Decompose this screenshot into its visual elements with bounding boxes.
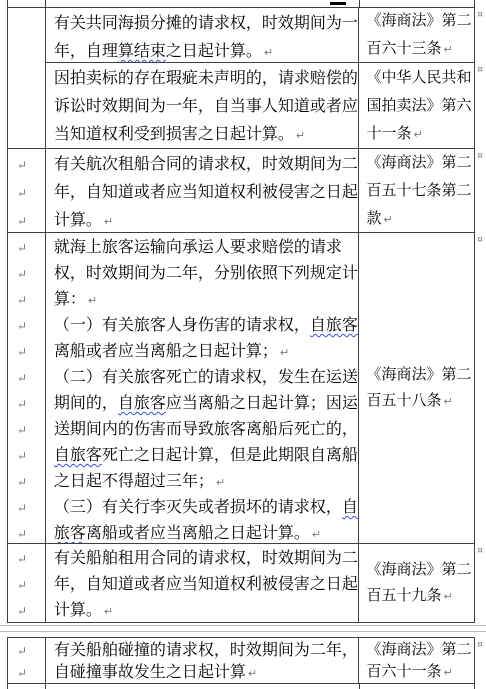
text-segment: 离船或者应当离船之日起计算； (54, 343, 278, 360)
page-break-line (0, 625, 486, 626)
paragraph-mark-icon: ↵ (248, 667, 257, 680)
empty-paragraph-line: ↵ (17, 546, 45, 572)
text-segment: 《海商法》第二 (366, 642, 471, 658)
misspelled-segment: 算结束 (118, 43, 166, 60)
text-segment: 送期间内的伤害而导致旅客离船后死亡的， (54, 421, 358, 438)
text-line[interactable]: 自旅客死亡之日起计算，但是此期限自离船 (54, 443, 359, 469)
text-segment: 有关航次租船合同的请求权，时效期间为二 (54, 156, 358, 173)
marks-cell: ↵↵↵ (8, 544, 46, 622)
text-line[interactable]: 诉讼时效期间为一年，自当事人知道或者应 (54, 93, 359, 121)
paragraph-mark-icon: ↵ (17, 345, 27, 359)
text-line[interactable]: 权，时效期间为二年，分别依照下列规定计 (54, 261, 359, 287)
paragraph-mark-icon: ↵ (17, 501, 27, 515)
row-end-mark-icon: ¤ (477, 236, 483, 245)
table-border-stub (359, 684, 360, 689)
text-line[interactable]: 年，自理算结束之日起计算。↵ (54, 38, 359, 63)
row-end-mark-icon: ¤ (477, 152, 483, 161)
paragraph-mark-icon: ↵ (17, 397, 27, 411)
text-segment: 就海上旅客运输向承运人要求赔偿的请求 (54, 239, 342, 256)
text-segment: 年，自理 (54, 43, 118, 60)
text-cell[interactable]: 有关船舶租用合同的请求权，时效期间为二年，自知道或者应当知道权利被侵害之日起计算… (46, 544, 360, 622)
paragraph-mark-icon: ↵ (17, 666, 27, 680)
text-line[interactable]: （一）有关旅客人身伤害的请求权，自旅客 (54, 313, 359, 339)
misspelled-segment: 旅客 (54, 525, 86, 542)
table-row: 因拍卖标的存在瑕疵未声明的，请求赔偿的诉讼时效期间为一年，自当事人知道或者应当知… (8, 63, 474, 149)
text-segment: 离船或者应当离船之日起计算。 (86, 525, 310, 542)
paragraph-mark-icon: ↵ (104, 215, 113, 228)
table-row: ↵↵↵有关航次租船合同的请求权，时效期间为二年，自知道或者应当知道权利被侵害之日… (8, 149, 474, 233)
paragraph-mark-icon: ↵ (17, 293, 27, 307)
reference-line[interactable]: 《海商法》第二 (366, 149, 474, 177)
reference-line[interactable]: 《海商法》第二 (366, 362, 474, 388)
text-line[interactable]: 有关船舶碰撞的请求权，时效期间为二年， (54, 640, 359, 662)
empty-paragraph-line: ↵ (17, 339, 45, 365)
paragraph-mark-icon: ↵ (280, 346, 289, 359)
text-segment: 因拍卖标的存在瑕疵未声明的，请求赔偿的 (54, 70, 358, 87)
text-line[interactable]: 年，自知道或者应当知道权利被侵害之日起 (54, 179, 359, 207)
text-line[interactable]: 有关航次租船合同的请求权，时效期间为二 (54, 151, 359, 179)
reference-line[interactable]: 百五十八条↵ (366, 388, 474, 414)
text-line[interactable]: 有关共同海损分摊的请求权，时效期间为一 (54, 10, 359, 38)
empty-paragraph-line: ↵ (17, 207, 45, 233)
paragraph-mark-icon: ↵ (17, 604, 27, 618)
empty-paragraph-line: ↵ (17, 287, 45, 313)
reference-line[interactable]: 百六十一条↵ (366, 661, 474, 683)
empty-paragraph-line: ↵ (17, 417, 45, 443)
text-segment: 国拍卖法》第六 (366, 98, 471, 114)
text-segment: 诉讼时效期间为一年，自当事人知道或者应 (54, 98, 358, 115)
text-segment: 百六十三条 (366, 41, 441, 57)
empty-paragraph-line: ↵ (17, 640, 45, 662)
row-end-mark-icon: ¤ (477, 641, 483, 650)
text-segment: 款 (366, 211, 381, 227)
empty-paragraph-line: ↵ (17, 469, 45, 495)
reference-line[interactable]: 百五十七条第二 (366, 177, 474, 205)
text-segment: 《海商法》第二 (366, 367, 471, 383)
text-line[interactable]: 旅客离船或者应当离船之日起计算。↵ (54, 521, 359, 544)
empty-paragraph-line: ↵ (17, 179, 45, 207)
empty-paragraph-line: ↵ (17, 572, 45, 598)
text-segment: （三）有关行李灭失或者损坏的请求权， (54, 499, 342, 516)
text-segment: 百六十一条 (366, 664, 441, 680)
empty-paragraph-line: ↵ (17, 313, 45, 339)
table-border-stub (7, 0, 8, 7)
reference-line[interactable]: 十一条↵ (366, 120, 474, 148)
text-cell[interactable]: 有关共同海损分摊的请求权，时效期间为一年，自理算结束之日起计算。↵ (46, 8, 360, 63)
paragraph-mark-icon: ↵ (17, 241, 27, 255)
text-segment: （一）有关旅客人身伤害的请求权， (54, 317, 310, 334)
text-segment: 百五十八条 (366, 393, 441, 409)
text-segment: 年，自知道或者应当知道权利被侵害之日起 (54, 576, 358, 593)
text-cell[interactable]: 有关船舶碰撞的请求权，时效期间为二年，自碰撞事故发生之日起计算↵ (46, 638, 360, 683)
reference-line[interactable]: 国拍卖法》第六 (366, 92, 474, 120)
text-segment: 死亡之日起计算，但是此期限自离船 (102, 447, 358, 464)
table-border-stub (474, 0, 475, 7)
empty-paragraph-line: ↵ (17, 151, 45, 179)
table-border-stub (7, 684, 8, 689)
text-line[interactable]: 计算。↵ (54, 598, 359, 622)
table-border-stub (474, 684, 475, 689)
reference-line[interactable]: 《中华人民共和 (366, 64, 474, 92)
marks-cell (8, 63, 46, 149)
text-line[interactable]: （二）有关旅客死亡的请求权，发生在运送 (54, 365, 359, 391)
text-line[interactable]: 有关船舶租用合同的请求权，时效期间为二 (54, 546, 359, 572)
empty-paragraph-line: ↵ (17, 598, 45, 622)
table-border-stub (45, 684, 46, 689)
paragraph-mark-icon: ↵ (444, 43, 453, 56)
paragraph-mark-icon: ↵ (216, 476, 225, 489)
paragraph-mark-icon: ↵ (444, 395, 453, 408)
reference-line[interactable]: 《海商法》第二 (366, 8, 474, 35)
text-segment: 计算。 (54, 602, 102, 619)
paragraph-mark-icon: ↵ (444, 590, 453, 603)
text-segment: 算： (54, 291, 86, 308)
paragraph-mark-icon: ↵ (17, 449, 27, 463)
paragraph-mark-icon: ↵ (384, 213, 393, 226)
paragraph-mark-icon: ↵ (444, 666, 453, 679)
marks-cell: ↵↵ (8, 638, 46, 683)
misspelled-segment: 自旅客 (310, 317, 358, 334)
text-line[interactable]: 算：↵ (54, 287, 359, 313)
misspelled-segment: 自旅客 (54, 447, 102, 464)
paragraph-mark-icon: ↵ (312, 528, 321, 541)
text-line[interactable]: 年，自知道或者应当知道权利被侵害之日起 (54, 572, 359, 598)
page-break-line (0, 631, 486, 632)
paragraph-mark-icon: ↵ (296, 129, 305, 142)
row-end-mark-icon: ¤ (477, 66, 483, 75)
table-row: ↵↵↵有关船舶租用合同的请求权，时效期间为二年，自知道或者应当知道权利被侵害之日… (8, 544, 474, 622)
empty-paragraph-line: ↵ (17, 662, 45, 683)
paragraph-mark-icon: ↵ (17, 371, 27, 385)
reference-line[interactable]: 款↵ (366, 205, 474, 233)
marks-cell (8, 8, 46, 63)
text-cell[interactable]: 因拍卖标的存在瑕疵未声明的，请求赔偿的诉讼时效期间为一年，自当事人知道或者应当知… (46, 63, 360, 149)
paragraph-mark-icon: ↵ (17, 552, 27, 566)
paragraph-mark-icon: ↵ (414, 128, 423, 141)
table-segment: ↵↵有关船舶碰撞的请求权，时效期间为二年，自碰撞事故发生之日起计算↵《海商法》第… (7, 637, 475, 684)
text-segment: 之日起不得超过三年； (54, 473, 214, 490)
text-segment: 《海商法》第二 (366, 155, 471, 171)
table-border-stub (45, 0, 46, 7)
paragraph-mark-icon: ↵ (17, 578, 27, 592)
text-segment: 当知道权利受到损害之日起计算。 (54, 126, 294, 143)
text-line[interactable]: 送期间内的伤害而导致旅客离船后死亡的， (54, 417, 359, 443)
document-page: 有关共同海损分摊的请求权，时效期间为一年，自理算结束之日起计算。↵《海商法》第二… (0, 0, 486, 689)
marks-cell: ↵↵↵↵↵↵↵↵↵↵↵↵ (8, 233, 46, 544)
text-line[interactable]: 期间的，自旅客应当离船之日起计算；因运 (54, 391, 359, 417)
paragraph-mark-icon: ↵ (17, 319, 27, 333)
paragraph-mark-icon: ↵ (104, 605, 113, 618)
paragraph-mark-icon: ↵ (17, 644, 27, 658)
empty-paragraph-line: ↵ (17, 495, 45, 521)
table-segment: 有关共同海损分摊的请求权，时效期间为一年，自理算结束之日起计算。↵《海商法》第二… (7, 7, 475, 623)
reference-line[interactable]: 百五十九条↵ (366, 583, 474, 609)
empty-paragraph-line: ↵ (17, 261, 45, 287)
empty-paragraph-line: ↵ (17, 443, 45, 469)
reference-cell[interactable]: 《海商法》第二百六十三条↵ (359, 8, 474, 63)
reference-cell[interactable]: 《中华人民共和国拍卖法》第六十一条↵ (359, 63, 474, 149)
text-segment: 权，时效期间为二年，分别依照下列规定计 (54, 265, 358, 282)
paragraph-mark-icon: ↵ (88, 294, 97, 307)
paragraph-mark-icon: ↵ (17, 158, 27, 172)
paragraph-mark-icon: ↵ (17, 186, 27, 200)
marks-cell: ↵↵↵ (8, 149, 46, 233)
table-row: ↵↵有关船舶碰撞的请求权，时效期间为二年，自碰撞事故发生之日起计算↵《海商法》第… (8, 638, 474, 683)
empty-paragraph-line: ↵ (17, 521, 45, 544)
empty-paragraph-line: ↵ (17, 391, 45, 417)
reference-line[interactable]: 《海商法》第二 (366, 639, 474, 661)
reference-line[interactable]: 百六十三条↵ (366, 35, 474, 63)
text-segment: 之日起计算。 (166, 43, 262, 60)
paragraph-mark-icon: ↵ (17, 475, 27, 489)
misspelled-segment: 自旅客 (118, 395, 166, 412)
text-segment: 百五十九条 (366, 588, 441, 604)
text-line[interactable]: 计算。↵ (54, 207, 359, 233)
clipped-text-fragment (330, 2, 346, 5)
paragraph-mark-icon: ↵ (17, 423, 27, 437)
paragraph-mark-icon: ↵ (17, 214, 27, 228)
text-line[interactable]: 因拍卖标的存在瑕疵未声明的，请求赔偿的 (54, 65, 359, 93)
row-end-mark-icon: ¤ (477, 11, 483, 20)
table-row: ↵↵↵↵↵↵↵↵↵↵↵↵就海上旅客运输向承运人要求赔偿的请求权，时效期间为二年，… (8, 233, 474, 544)
text-segment: 期间的， (54, 395, 118, 412)
text-line[interactable]: 自碰撞事故发生之日起计算↵ (54, 662, 359, 683)
table-row: 有关共同海损分摊的请求权，时效期间为一年，自理算结束之日起计算。↵《海商法》第二… (8, 8, 474, 63)
text-segment: 计算。 (54, 212, 102, 229)
paragraph-mark-icon: ↵ (17, 527, 27, 541)
reference-cell[interactable]: 《海商法》第二百五十七条第二款↵ (359, 149, 474, 233)
text-segment: 有关船舶碰撞的请求权，时效期间为二年， (54, 642, 358, 659)
row-end-mark-icon: ¤ (477, 547, 483, 556)
text-segment: 应当离船之日起计算；因运 (166, 395, 358, 412)
text-segment: 《中华人民共和 (366, 70, 471, 86)
reference-cell[interactable]: 《海商法》第二百六十一条↵ (359, 638, 474, 683)
text-segment: 百五十七条第二 (366, 183, 471, 199)
reference-cell[interactable]: 《海商法》第二百五十八条↵ (359, 233, 474, 544)
text-segment: 有关船舶租用合同的请求权，时效期间为二 (54, 550, 358, 567)
text-segment: 《海商法》第二 (366, 13, 471, 29)
paragraph-mark-icon: ↵ (17, 267, 27, 281)
text-segment: 《海商法》第二 (366, 562, 471, 578)
misspelled-segment: 自 (342, 499, 358, 516)
text-segment: 十一条 (366, 126, 411, 142)
paragraph-mark-icon: ↵ (264, 46, 273, 59)
text-segment: （二）有关旅客死亡的请求权，发生在运送 (54, 369, 358, 386)
text-line[interactable]: 当知道权利受到损害之日起计算。↵ (54, 121, 359, 149)
text-segment: 有关共同海损分摊的请求权，时效期间为一 (54, 15, 358, 32)
text-segment: 自碰撞事故发生之日起计算 (54, 664, 246, 681)
reference-line[interactable]: 《海商法》第二 (366, 557, 474, 583)
text-segment: 年，自知道或者应当知道权利被侵害之日起 (54, 184, 358, 201)
empty-paragraph-line: ↵ (17, 365, 45, 391)
text-line[interactable]: 就海上旅客运输向承运人要求赔偿的请求 (54, 235, 359, 261)
text-cell[interactable]: 就海上旅客运输向承运人要求赔偿的请求权，时效期间为二年，分别依照下列规定计算：↵… (46, 233, 360, 544)
text-cell[interactable]: 有关航次租船合同的请求权，时效期间为二年，自知道或者应当知道权利被侵害之日起计算… (46, 149, 360, 233)
empty-paragraph-line: ↵ (17, 235, 45, 261)
text-line[interactable]: 离船或者应当离船之日起计算；↵ (54, 339, 359, 365)
reference-cell[interactable]: 《海商法》第二百五十九条↵ (359, 544, 474, 622)
text-line[interactable]: （三）有关行李灭失或者损坏的请求权，自 (54, 495, 359, 521)
text-line[interactable]: 之日起不得超过三年；↵ (54, 469, 359, 495)
table-border-stub (359, 0, 360, 7)
